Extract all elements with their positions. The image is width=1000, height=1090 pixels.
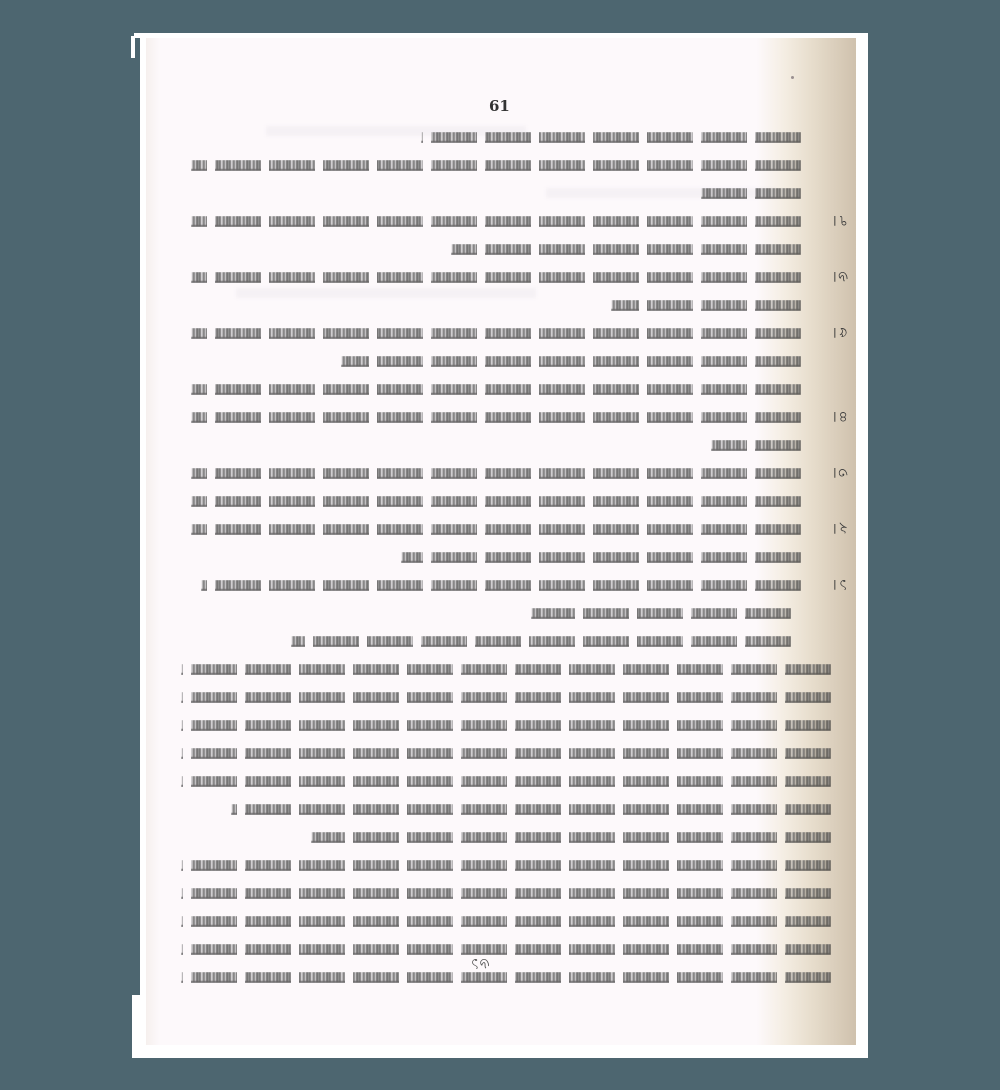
text-line: কৰা হওক। (611, 299, 801, 313)
text-line: সমাজ সংস্কাৰ আন্দোলনৰ উৎপত্তি আৰু বিকাশ … (201, 579, 801, 593)
list-marker-3: ৩। (833, 465, 848, 481)
text-line: -ৰ ফলত সমাজত নতুন চিন্তাধাৰাৰ উদ্ভৱ হয়।… (181, 887, 831, 901)
book-page: 61 ৬১ ভাৰতৰ ঐতিহাসিক ক্ষেত্ৰত অসমৰ ভূমিক… (146, 38, 856, 1045)
text-line: ৰাজনৈতিক সংগঠনসমূহৰ উৎপত্তি আৰু কাৰ্যকলা… (341, 355, 801, 369)
text-line: উল্লেখযোগ্য যে এই সময়ছোৱাত সাহিত্য সংস্… (181, 943, 831, 957)
text-line: ১ আৰু ২ প্ৰশ্নৰ উত্তৰ দিয়ক। ১৮৫৭ চনৰ ঘট… (191, 159, 801, 173)
text-line: -কৰণ আৰু আধুনিক শিক্ষা (১৯) শতিকাৰ গুৰুত… (181, 691, 831, 705)
text-line: কৃষি আৰু শিল্পৰ ক্ষেত্ৰত পৰিৱৰ্তন। এই বি… (191, 383, 801, 397)
scan-frame-edge (132, 995, 142, 1058)
text-line: এই সময়ৰ সাহিত্যিক সকলৰ ৰচনাত স্পষ্টকৈ প… (311, 831, 831, 845)
text-line: আৰু জাতীয়তাবাদী চিন্তাৰ বিকাশ হয়। এই ব… (181, 719, 831, 733)
text-line: জাতীয়তাবাদৰ উত্থানৰ কাৰণসমূহ উল্লেখ কৰি… (191, 523, 801, 537)
text-line: ভাৰতীয় (১৯) শতিকাৰ সমাজ সংস্কাৰকসকলৰ কা… (181, 775, 831, 789)
text-line: ব্ৰিটিছ শাসনৰ অৰ্থনৈতিক প্ৰভাৱ সম্পৰ্কে … (191, 411, 801, 425)
list-marker-2: ২। (833, 521, 848, 537)
text-line: যাৰ ফলত আধুনিক ভাৰতৰ ভেটি গঢ় লৈ উঠে। এই… (291, 635, 791, 649)
text-line: কংগ্ৰেছৰ প্ৰতিষ্ঠা আৰু প্ৰাৰম্ভিক কাৰ্যক… (191, 327, 801, 341)
text-line: উঠে আৰু সমাজ জীৱনত পৰিৱৰ্তন আহে। এই পৰিৱ… (181, 663, 831, 677)
list-marker-1: ১। (833, 577, 848, 593)
text-line: তাৰ গুৰুত্ব ব্যাখ্যা কৰক। এই প্ৰসংগত বিভ… (191, 495, 801, 509)
text-line: ধৰ্মীয় সংস্কাৰ আন্দোলনৰ বিষয়ে লিখক। ৰা… (191, 271, 801, 285)
scan-artifact (134, 33, 142, 38)
text-line: ব্যৱস্থাত নানা পৰিৱৰ্তন আহিছিল। এনে পৰিৱ… (181, 915, 831, 929)
text-line: ভাৰতৰ ঐতিহাসিক ক্ষেত্ৰত অসমৰ ভূমিকা (১৯)… (181, 971, 831, 985)
list-marker-5: ৫। (833, 325, 848, 341)
text-line: উদাহৰণস্বৰূপে ১৯ শতিকাৰ শেষভাগত এই আন্দো… (231, 803, 831, 817)
text-line: ১৮৫৭ চনৰ পিছত ৰাজনৈতিক সচেতনতা বৃদ্ধি পা… (181, 747, 831, 761)
text-line: বিশ্লেষণ কৰক। (401, 551, 801, 565)
list-marker-6: ৬। (833, 269, 848, 285)
rotated-page-content: ভাৰতৰ ঐতিহাসিক ক্ষেত্ৰত অসমৰ ভূমিকা (১৯)… (146, 38, 856, 1045)
scan-artifact (131, 36, 135, 58)
list-marker-7: ৭। (833, 213, 848, 229)
text-line: যায় নে নাই তাৰ বিচাৰ কৰক। (701, 187, 801, 201)
text-line: সমাজত আহি পৰা পৰিৱৰ্তনৰ বিষয়ে আলোচনা কৰ… (451, 243, 801, 257)
section-heading: প্ৰস্তাৱিত বিষয়সমূহ তলত দিয়া হ'ল :— (531, 607, 791, 621)
text-line: ১৯ শতিকাৰ শিক্ষা ব্যৱস্থাৰ পৰিৱৰ্তন সম্প… (191, 467, 801, 481)
text-line: বিদ্ৰোহৰ কাৰণ আৰু ফলাফল আলোচনা কৰক। এই ব… (191, 215, 801, 229)
text-line: সমান্তৰালভাৱে চলি আছিল। 'সংস্কাৰ' আন্দোল… (181, 859, 831, 873)
text-line: আৰু টোকা দিয়ক। (711, 439, 801, 453)
text-line: চনৰ পিছৰ ঘটনাৰ লগত তুলনা কৰক। (421, 131, 801, 145)
list-marker-4: ৪। (833, 409, 848, 425)
